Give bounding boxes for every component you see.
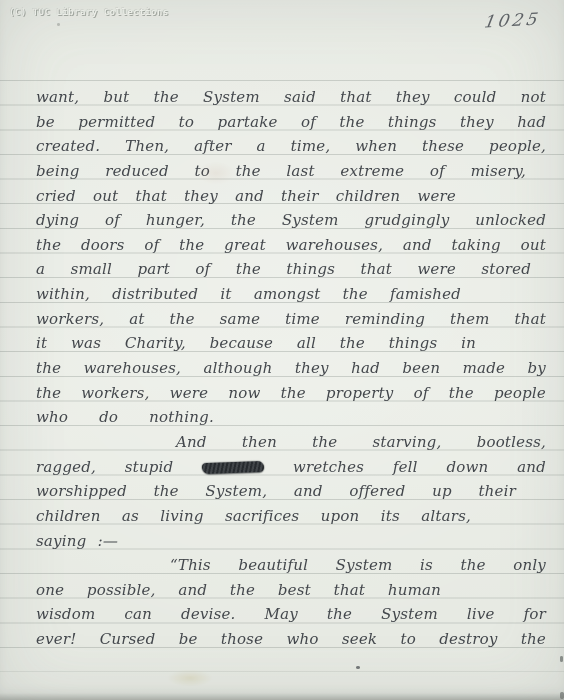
manuscript-line: worshipped the System, and offered up th… [36, 479, 546, 504]
manuscript-line: And then the starving, bootless, [36, 430, 546, 455]
scribbled-out-word [202, 461, 264, 474]
ink-dot [356, 666, 360, 669]
manuscript-line: “This beautiful System is the only [36, 553, 546, 578]
manuscript-line: created. Then, after a time, when these … [36, 134, 546, 159]
manuscript-line: the warehouses, although they had been m… [36, 356, 546, 381]
manuscript-line: dying of hunger, the System grudgingly u… [36, 208, 546, 233]
manuscript-line: cried out that they and their children w… [36, 184, 546, 209]
manuscript-line-segment: ragged, stupid [36, 458, 173, 476]
library-watermark: (C) TUC Library Collections [9, 8, 169, 18]
paper-edge-shadow [0, 693, 564, 700]
manuscript-line: wisdom can devise. May the System live f… [36, 602, 546, 627]
paper-speck [57, 23, 60, 26]
manuscript-line: ever! Cursed be those who seek to destro… [36, 627, 546, 652]
paper-speck [560, 656, 563, 662]
manuscript-text-block: want, but the System said that they coul… [36, 85, 546, 652]
paper-stain [158, 666, 222, 690]
manuscript-page-paper: (C) TUC Library Collections 1025 want, b… [0, 0, 564, 700]
manuscript-line: who do nothing. [36, 405, 546, 430]
manuscript-line: children as living sacrifices upon its a… [36, 504, 546, 529]
manuscript-line: be permitted to partake of the things th… [36, 110, 546, 135]
manuscript-line: saying :— [36, 529, 546, 554]
manuscript-line: workers, at the same time reminding them… [36, 307, 546, 332]
manuscript-line: want, but the System said that they coul… [36, 85, 546, 110]
manuscript-line-segment: wretches fell down and [293, 458, 546, 476]
manuscript-line: the workers, were now the property of th… [36, 381, 546, 406]
paper-stain [188, 156, 244, 190]
manuscript-line: being reduced to the last extreme of mis… [36, 159, 546, 184]
page-number: 1025 [482, 10, 542, 33]
manuscript-line: within, distributed it amongst the famis… [36, 282, 546, 307]
manuscript-line: one possible, and the best that human [36, 578, 546, 603]
manuscript-line: a small part of the things that were sto… [36, 257, 546, 282]
manuscript-line: the doors of the great warehouses, and t… [36, 233, 546, 258]
manuscript-line: ragged, stupid wretches fell down and [36, 455, 546, 480]
manuscript-line: it was Charity, because all the things i… [36, 331, 546, 356]
